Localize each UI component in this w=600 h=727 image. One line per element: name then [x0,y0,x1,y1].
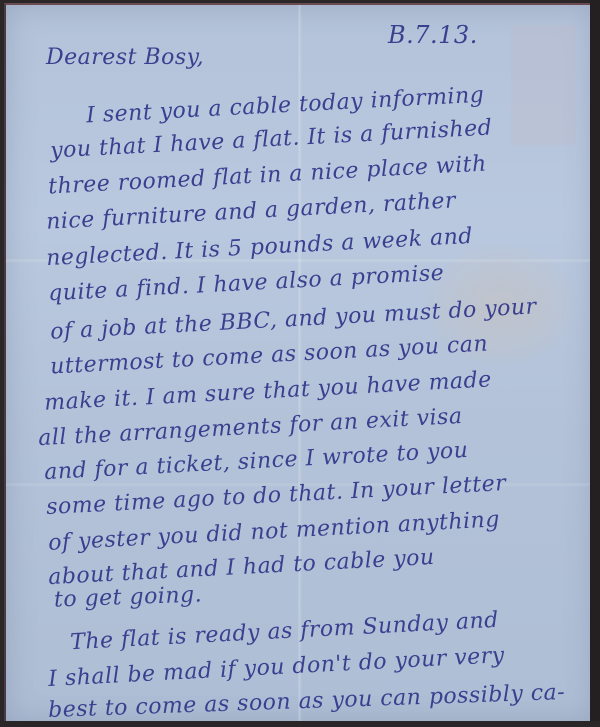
letter-paper: B.7.13. Dearest Bosy, I sent you a cable… [4,3,594,723]
letter-salutation: Dearest Bosy, [46,45,204,70]
scan-bottom-border [0,721,600,727]
letter-date: B.7.13. [388,21,478,49]
stamp-ghost-mark [511,25,576,145]
letter-line: to get going. [54,582,203,612]
scan-right-border [590,0,600,727]
scanned-letter-page: B.7.13. Dearest Bosy, I sent you a cable… [0,0,600,727]
